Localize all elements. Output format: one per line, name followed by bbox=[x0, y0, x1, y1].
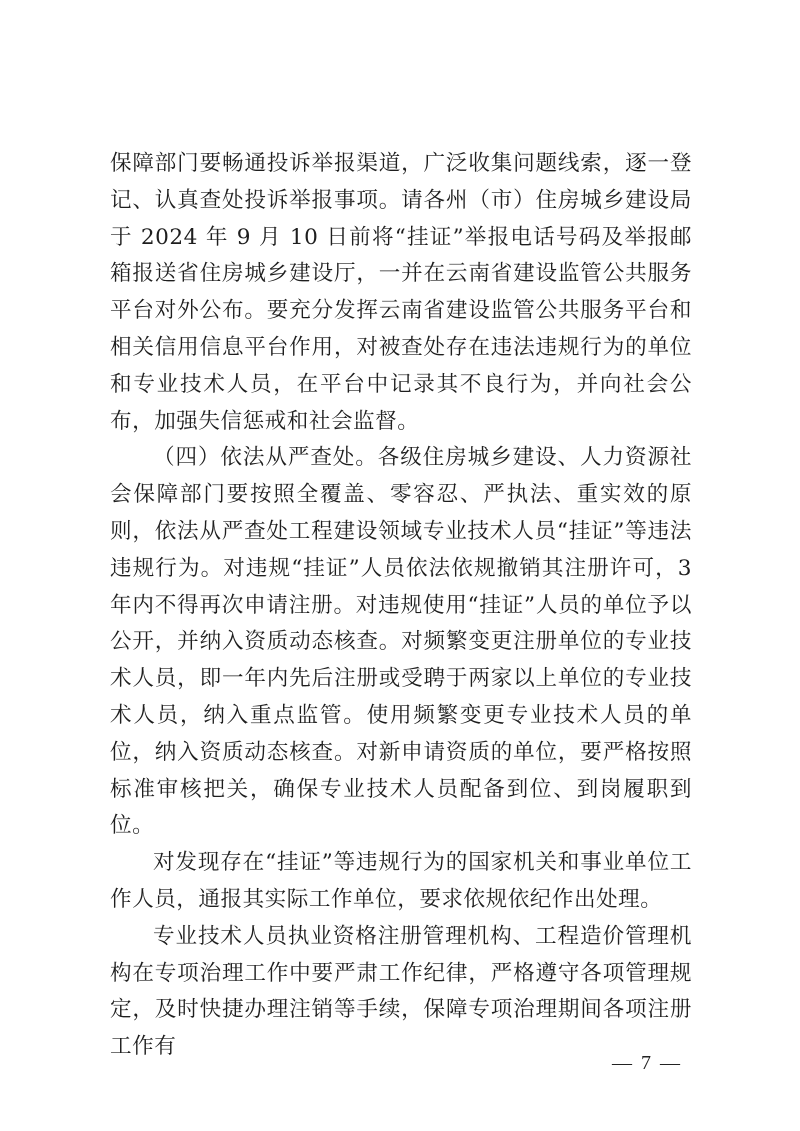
paragraph-reporting-channels: 保障部门要畅通投诉举报渠道，广泛收集问题线索，逐一登记、认真查处投诉举报事项。请… bbox=[110, 146, 692, 440]
paragraph-strict-investigation: （四）依法从严查处。各级住房城乡建设、人力资源社会保障部门要按照全覆盖、零容忍、… bbox=[110, 440, 692, 845]
paragraph-registration-agencies: 专业技术人员执业资格注册管理机构、工程造价管理机构在专项治理工作中要严肃工作纪律… bbox=[110, 919, 692, 1066]
page-number: — 7 — bbox=[612, 1052, 682, 1075]
paragraph-public-employees: 对发现存在“挂证”等违规行为的国家机关和事业单位工作人员，通报其实际工作单位，要… bbox=[110, 845, 692, 919]
document-body: 保障部门要畅通投诉举报渠道，广泛收集问题线索，逐一登记、认真查处投诉举报事项。请… bbox=[110, 146, 692, 1066]
